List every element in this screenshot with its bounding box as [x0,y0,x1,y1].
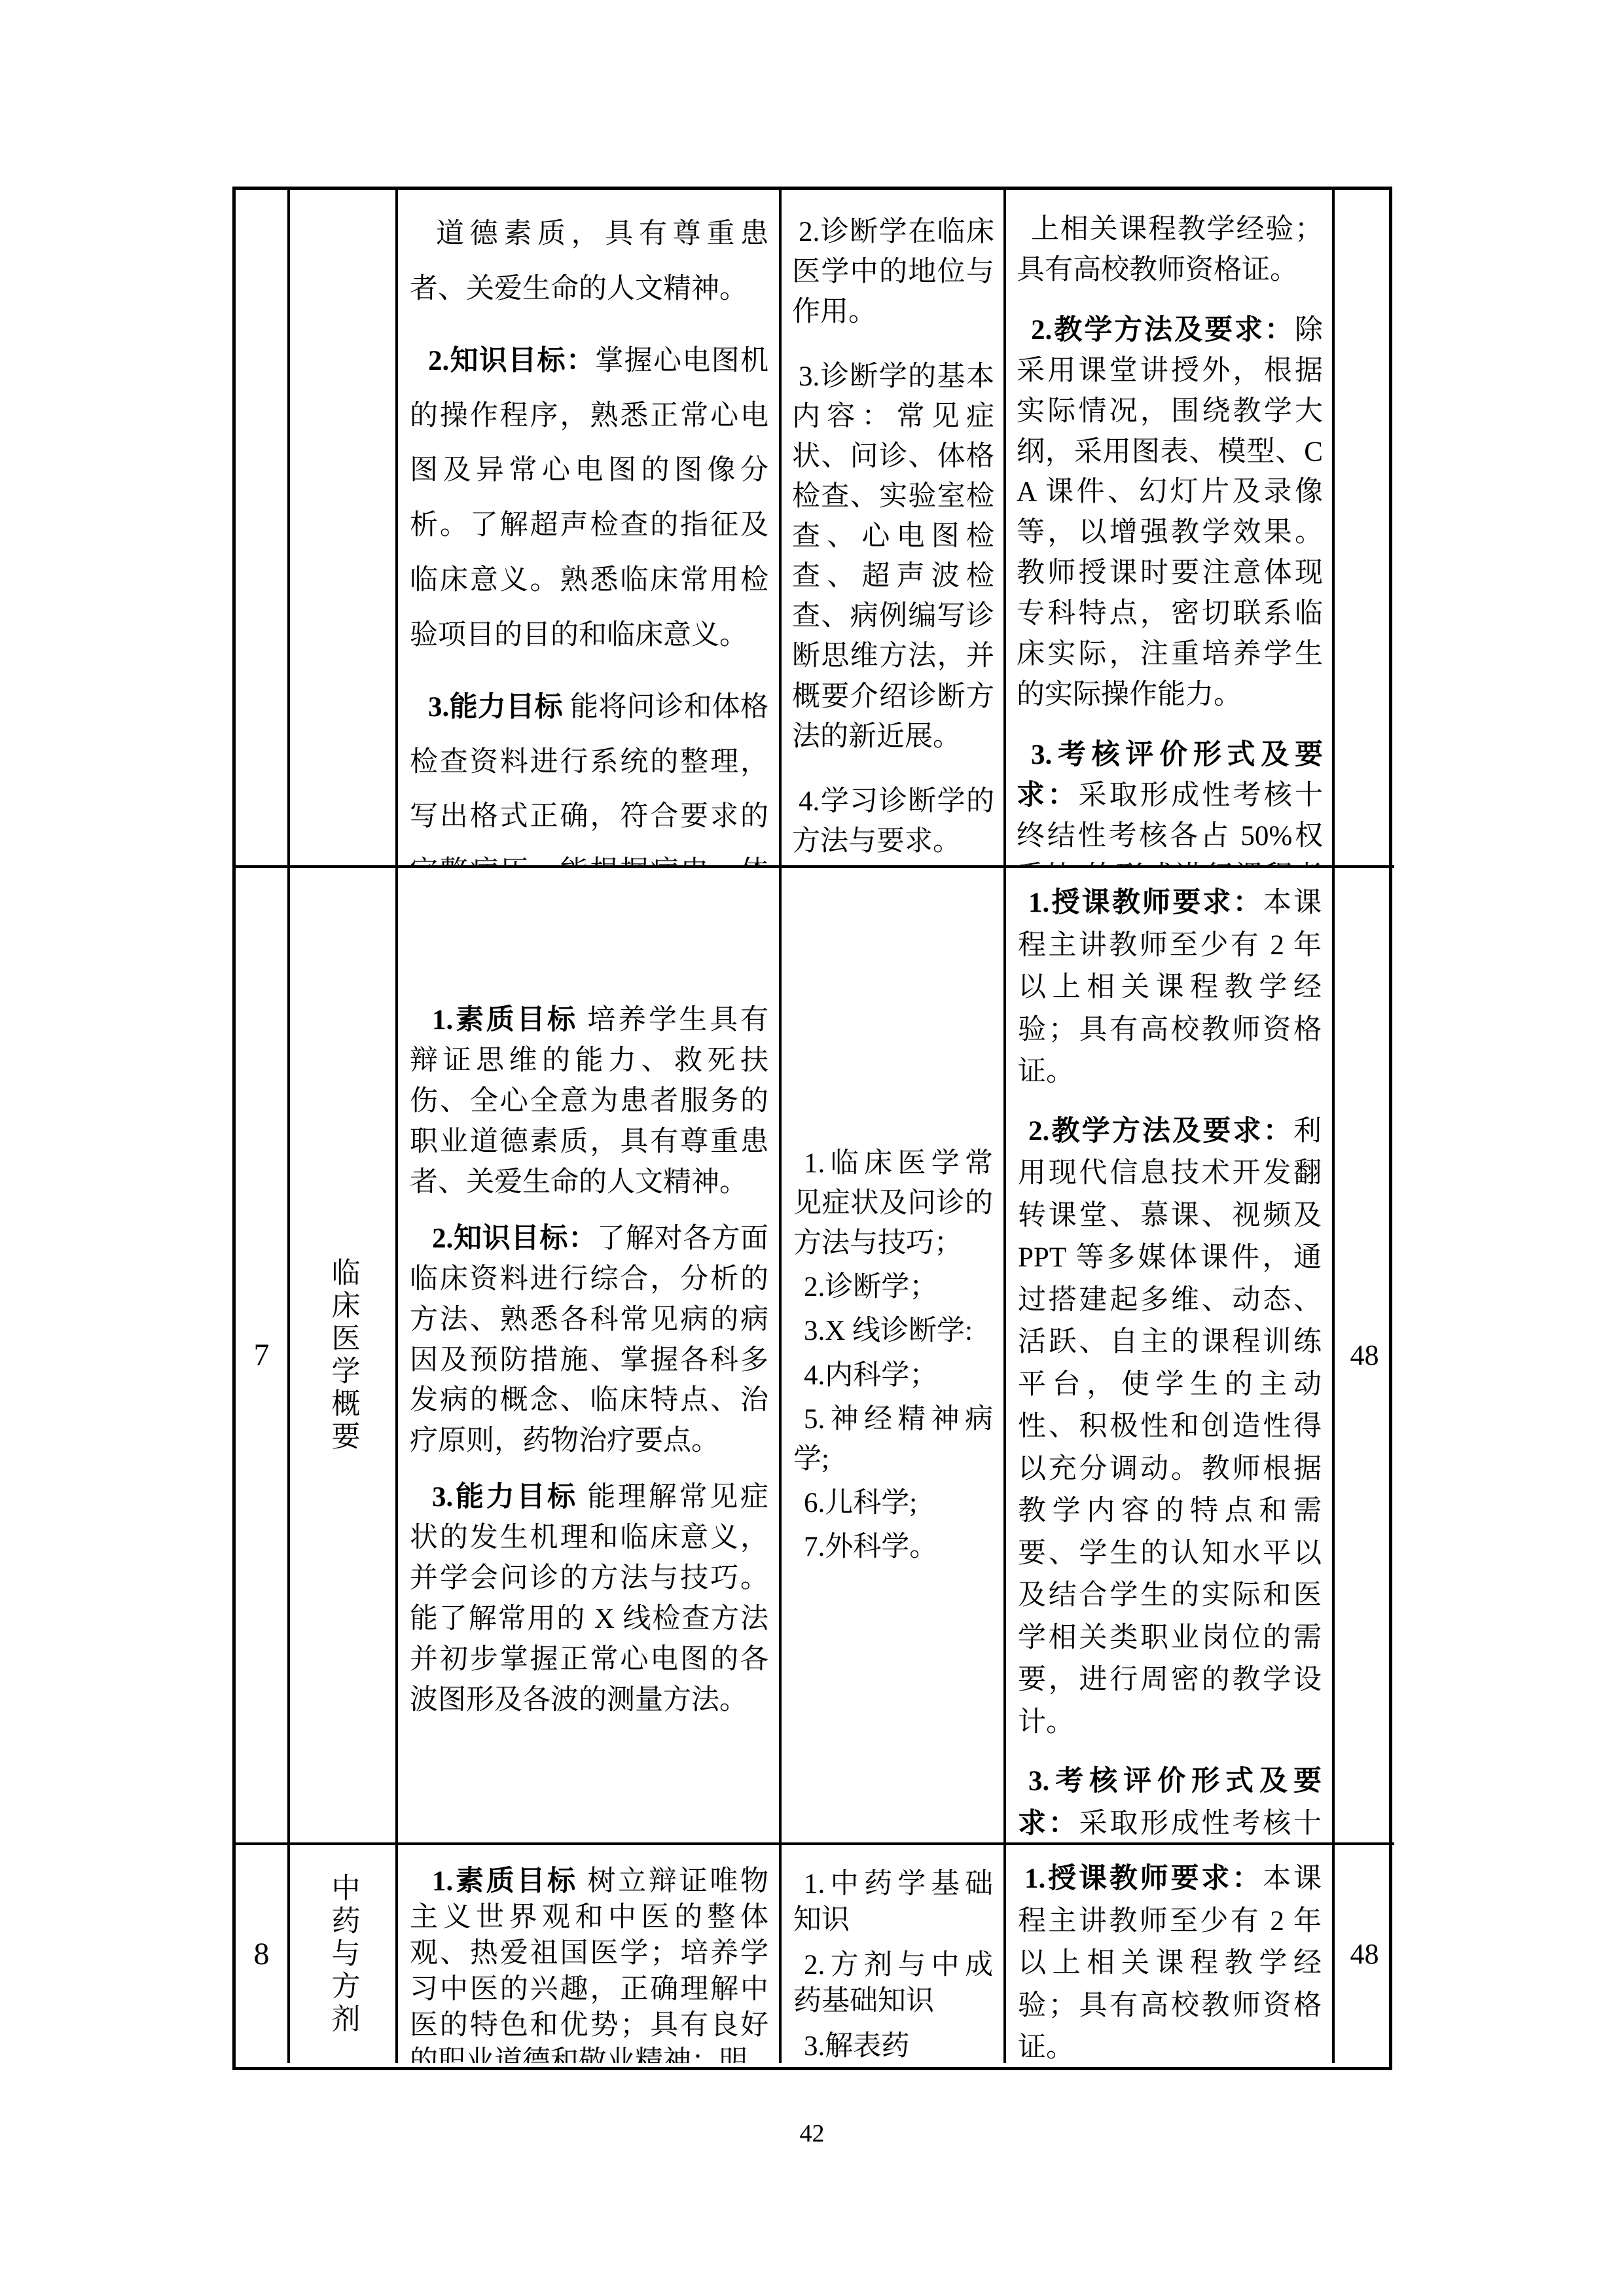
paragraph: 2.教学方法及要求：利用现代信息技术开发翻转课堂、慕课、视频及 PPT 等多媒体… [1018,1111,1322,1744]
course-name-8: 中药与方剂 [329,1873,357,2036]
requirements-cell-7: 1.授课教师要求：本课程主讲教师至少有 2 年以上相关课程教学经验；具有高校教师… [1006,868,1335,1845]
paragraph: 3.考核评价形式及要求：采取形成性考核十终结性考核各占 50%权重比 的形式进行… [1017,735,1323,868]
teaching-content-cell-8: 1.中药学基础知识2.方剂与中成药基础知识3.解表药4.清热药 [782,1845,1006,2063]
paragraph: 2.诊断学； [793,1267,993,1307]
objectives-cell-8: 1.素质目标 树立辩证唯物主义世界观和中医的整体观、热爱祖国医学；培养学习中医的… [398,1845,782,2063]
course-name-cell-continued [290,190,398,868]
objectives-cell-continued: 道德素质，具有尊重患者、关爱生命的人文精神。2.知识目标：掌握心电图机的操作程序… [398,190,782,868]
paragraph: 1.素质目标 培养学生具有辩证思维的能力、救死扶伤、全心全意为患者服务的职业道德… [410,1000,768,1203]
paragraph: 4.内科学； [793,1355,993,1395]
document-page: 道德素质，具有尊重患者、关爱生命的人文精神。2.知识目标：掌握心电图机的操作程序… [0,0,1624,2296]
paragraph: 3.考核评价形式及要求：采取形成性考核十终结性考核各占 50%权重比 的形式进行… [1018,1761,1322,1845]
paragraph: 1.临床医学常见症状及问诊的方法与技巧； [793,1143,993,1263]
objectives-cell-7: 1.素质目标 培养学生具有辩证思维的能力、救死扶伤、全心全意为患者服务的职业道德… [398,868,782,1845]
course-name-cell-7: 临床医学概要 [290,868,398,1845]
paragraph: 3.X 线诊断学: [793,1311,993,1351]
paragraph: 1.中药学基础知识 [793,1866,993,1938]
teaching-content-cell-continued: 2.诊断学在临床医学中的地位与作用。3.诊断学的基本内容：常见症状、问诊、体格检… [782,190,1006,868]
paragraph: 1.授课教师要求：本课程主讲教师至少有 2 年以上相关课程教学经验；具有高校教师… [1018,1858,1322,2063]
paragraph: 2.方剂与中成药基础知识 [793,1947,993,2019]
paragraph: 3.诊断学的基本内容：常见症状、问诊、体格检查、实验室检查、心电图检查、超声波检… [792,357,994,756]
seq-cell-7: 7 [236,868,290,1845]
paragraph: 2.教学方法及要求：除采用课堂讲授外，根据实际情况，围绕教学大纲，采用图表、模型… [1017,310,1323,715]
course-name-7: 临床医学概要 [329,1257,357,1454]
paragraph: 6.儿科学; [793,1483,993,1523]
paragraph: 3.能力目标 能理解常见症状的发生机理和临床意义，并学会问诊的方法与技巧。能了解… [410,1477,768,1720]
paragraph: 2.诊断学在临床医学中的地位与作用。 [792,212,994,332]
paragraph: 上相关课程教学经验；具有高校教师资格证。 [1017,209,1323,291]
paragraph: 1.授课教师要求：本课程主讲教师至少有 2 年以上相关课程教学经验；具有高校教师… [1018,882,1322,1094]
paragraph: 4.学习诊断学的方法与要求。 [792,781,994,861]
requirements-cell-8: 1.授课教师要求：本课程主讲教师至少有 2 年以上相关课程教学经验；具有高校教师… [1006,1845,1335,2063]
paragraph: 5.神经精神病学; [793,1399,993,1479]
paragraph: 3.解表药 [793,2028,993,2063]
paragraph: 道德素质，具有尊重患者、关爱生命的人文精神。 [410,207,768,317]
paragraph: 2.知识目标：掌握心电图机的操作程序，熟悉正常心电图及异常心电图的图像分析。了解… [410,334,768,663]
paragraph: 3.能力目标 能将问诊和体格检查资料进行系统的整理，写出格式正确，符合要求的完整… [410,680,768,868]
paragraph: 7.外科学。 [793,1527,993,1567]
seq-cell-continued [236,190,290,868]
course-name-cell-8: 中药与方剂 [290,1845,398,2063]
teaching-content-cell-7: 1.临床医学常见症状及问诊的方法与技巧；2.诊断学；3.X 线诊断学:4.内科学… [782,868,1006,1845]
requirements-cell-continued: 上相关课程教学经验；具有高校教师资格证。2.教学方法及要求：除采用课堂讲授外，根… [1006,190,1335,868]
hours-cell-continued [1335,190,1394,868]
hours-cell-8: 48 [1335,1845,1394,2063]
hours-cell-7: 48 [1335,868,1394,1845]
seq-cell-8: 8 [236,1845,290,2063]
page-number: 42 [0,2119,1624,2148]
curriculum-table: 道德素质，具有尊重患者、关爱生命的人文精神。2.知识目标：掌握心电图机的操作程序… [232,187,1392,2070]
paragraph: 2.知识目标：了解对各方面临床资料进行综合，分析的方法、熟悉各科常见病的病因及预… [410,1219,768,1462]
paragraph: 1.素质目标 树立辩证唯物主义世界观和中医的整体观、热爱祖国医学；培养学习中医的… [410,1863,768,2063]
